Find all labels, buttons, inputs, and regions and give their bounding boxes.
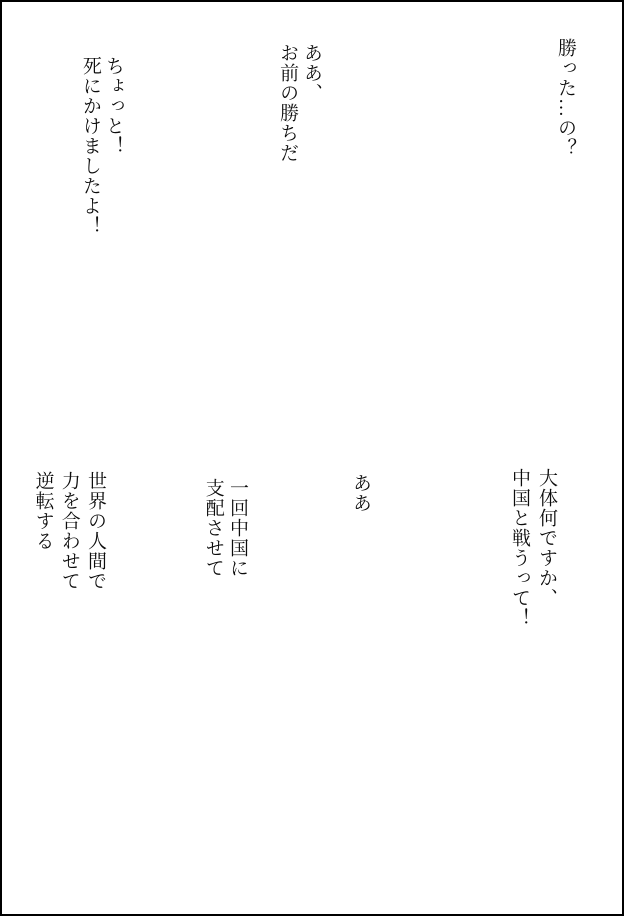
dialogue-line-5: ああ	[347, 473, 372, 513]
dialogue-line-3: ちょっと！ 死にかけましたよ！	[79, 56, 125, 236]
manga-panel: 勝った…の？ ああ、 お前の勝ちだ ちょっと！ 死にかけましたよ！ 大体何ですか…	[0, 0, 624, 916]
dialogue-line-1: 勝った…の？	[552, 38, 577, 158]
dialogue-line-7: 世界の人間で 力を合わせて 逆転する	[29, 471, 108, 591]
dialogue-line-4: 大体何ですか、 中国と戦うって！	[505, 468, 559, 628]
dialogue-line-2: ああ、 お前の勝ちだ	[275, 43, 323, 163]
dialogue-line-6: 一回中国に 支配させて	[200, 478, 249, 578]
